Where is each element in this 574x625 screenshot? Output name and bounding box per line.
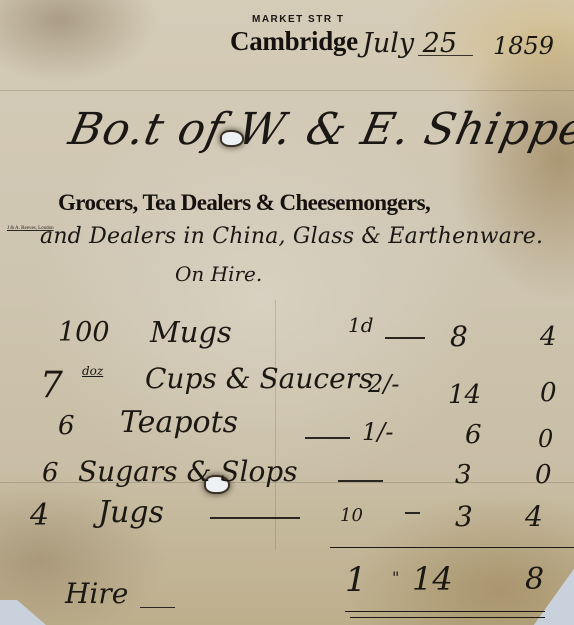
bill-paper (0, 0, 574, 625)
item-pence: 4 (540, 322, 557, 352)
item-separator (385, 337, 425, 339)
total-rule-top (330, 547, 574, 548)
trade-line-2: and Dealers in China, Glass & Earthenwar… (40, 224, 543, 249)
item-shillings: 8 (450, 320, 468, 353)
fold-line (0, 90, 574, 91)
year: 1859 (493, 32, 554, 60)
item-description: Cups & Saucers (145, 362, 373, 395)
total-rule-double-1 (345, 611, 545, 612)
total-rule-double-2 (350, 617, 545, 618)
item-unit: doz (82, 364, 103, 378)
item-shillings: 6 (465, 420, 482, 450)
item-rate: 10 (340, 505, 363, 526)
item-qty: 100 (58, 317, 110, 348)
item-separator (338, 480, 383, 482)
trade-line-1: Grocers, Tea Dealers & Cheesemongers, (58, 190, 430, 216)
total-pounds: 1 (345, 560, 367, 600)
on-hire-note: On Hire. (175, 262, 262, 286)
item-pence: 0 (535, 460, 552, 490)
total-ditto: " (392, 568, 399, 587)
item-description: Teapots (120, 405, 238, 440)
date-line (418, 55, 473, 56)
street-address: MARKET STR T (252, 14, 344, 25)
item-rate: 1/- (362, 418, 393, 446)
item-pence: 4 (525, 500, 543, 533)
item-description: Jugs (98, 495, 164, 530)
item-description: Sugars & Slops (78, 455, 298, 488)
item-qty: 6 (58, 411, 75, 441)
bought-of-heading: Bo.t of W. & E. Shippey (65, 104, 574, 155)
fold-line (275, 300, 276, 550)
item-separator (305, 437, 350, 439)
item-qty: 7 (40, 365, 63, 406)
total-label: Hire (65, 577, 128, 610)
item-qty: 4 (30, 498, 49, 533)
total-pence: 8 (525, 562, 544, 597)
item-rate: 2/- (368, 370, 399, 398)
item-separator (210, 517, 300, 519)
item-description: Mugs (150, 315, 232, 349)
item-rate: 1d (348, 313, 374, 337)
item-separator (405, 512, 420, 514)
item-qty: 6 (42, 458, 59, 488)
item-shillings: 3 (455, 460, 472, 490)
town-name: Cambridge (230, 26, 358, 57)
item-shillings: 14 (448, 380, 481, 410)
total-label-underline (140, 607, 175, 608)
total-shillings: 14 (412, 560, 453, 598)
item-pence: 0 (540, 378, 557, 408)
item-pence: 0 (538, 425, 553, 453)
item-shillings: 3 (455, 500, 473, 533)
